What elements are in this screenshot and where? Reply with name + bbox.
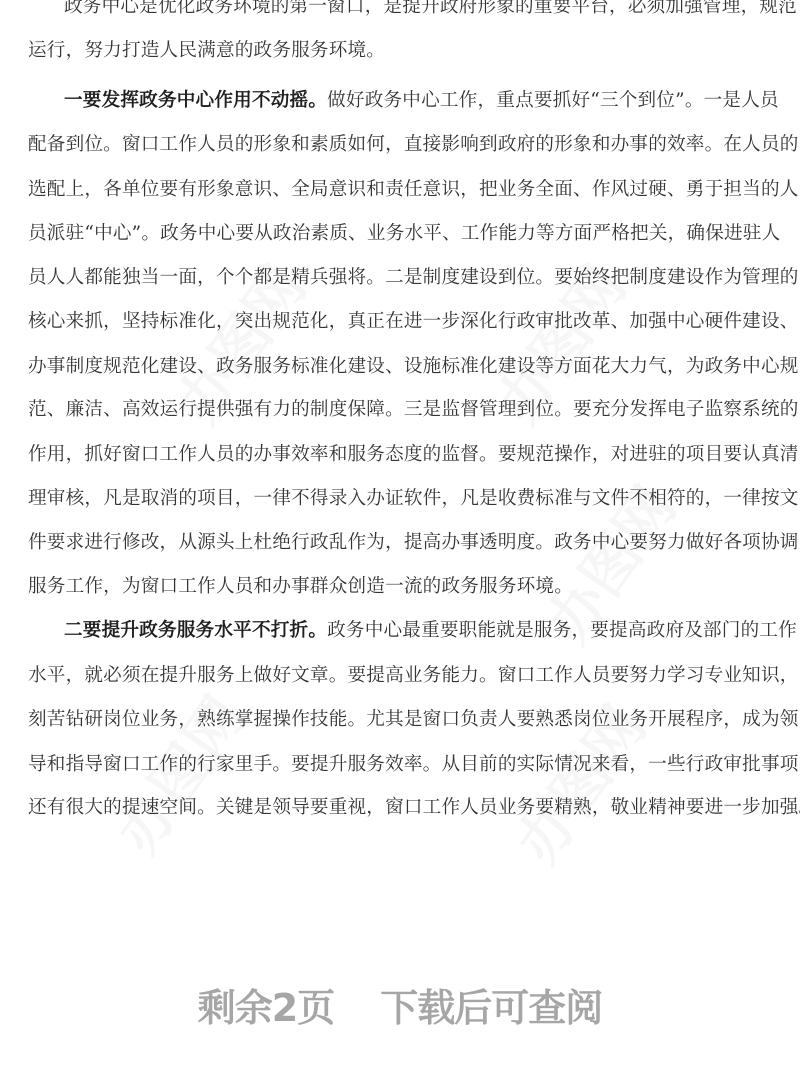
paragraph-line: 范、廉洁、高效运行提供强有力的制度保障。三是监督管理到位。要充分发挥电子监察系统… [28,395,772,425]
paragraph-line: 导和指导窗口工作的行家里手。要提升服务效率。从目前的实际情况来看，一些行政审批事… [28,750,772,780]
paragraph-line: 水平，就必须在提升服务上做好文章。要提高业务能力。窗口工作人员要努力学习专业知识… [28,661,772,691]
download-notice[interactable]: 剩余2页下载后可查阅 [0,983,800,1033]
paragraph-line: 政务中心是优化政务环境的第一窗口，是提升政府形象的重要平台，必须加强管理，规范 [64,0,772,22]
remaining-pages-text: 剩余2页 [198,986,334,1030]
paragraph-line: 员派驻“中心”。政务中心要从政治素质、业务水平、工作能力等方面严格把关，确保进驻… [28,219,772,249]
paragraph-text: 政务中心最重要职能就是服务，要提高政府及部门的工作 [327,620,797,641]
paragraph-heading: 二要提升政务服务水平不打折。 [64,620,327,641]
paragraph-line: 配备到位。窗口工作人员的形象和素质如何，直接影响到政府的形象和办事的效率。在人员… [28,130,772,160]
download-hint-text: 下载后可查阅 [380,986,602,1030]
paragraph-line: 刻苦钻研岗位业务，熟练掌握操作技能。尤其是窗口负责人要熟悉岗位业务开展程序，成为… [28,705,772,735]
paragraph-line: 理审核，凡是取消的项目，一律不得录入办证软件，凡是收费标准与文件不相符的，一律按… [28,484,772,514]
paragraph-first-line: 二要提升政务服务水平不打折。政务中心最重要职能就是服务，要提高政府及部门的工作 [64,616,772,646]
paragraph-heading: 一要发挥政务中心作用不动摇。 [64,90,327,111]
paragraph-line: 选配上，各单位要有形象意识、全局意识和责任意识，把业务全面、作风过硬、勇于担当的… [28,175,772,205]
paragraph-line: 运行，努力打造人民满意的政务服务环境。 [28,36,772,66]
paragraph-line: 服务工作，为窗口工作人员和办事群众创造一流的政务服务环境。 [28,572,772,602]
paragraph-text: 做好政务中心工作，重点要抓好“三个到位”。一是人员 [327,90,779,111]
paragraph-line: 作用，抓好窗口工作人员的办事效率和服务态度的监督。要规范操作，对进驻的项目要认真… [28,440,772,470]
document-page: 办图网 办图网 办图网 办图网 办图网 政务中心是优化政务环境的第一窗口，是提升… [0,0,800,1087]
paragraph-line: 核心来抓，坚持标准化，突出规范化，真正在进一步深化行政审批改革、加强中心硬件建设… [28,307,772,337]
paragraph-line: 办事制度规范化建设、政务服务标准化建设、设施标准化建设等方面花大力气，为政务中心… [28,352,772,382]
paragraph-line: 件要求进行修改，从源头上杜绝行政乱作为，提高办事透明度。政务中心要努力做好各项协… [28,528,772,558]
paragraph-line: 员人人都能独当一面，个个都是精兵强将。二是制度建设到位。要始终把制度建设作为管理… [28,263,772,293]
paragraph-line: 还有很大的提速空间。关键是领导要重视，窗口工作人员业务要精熟，敬业精神要进一步加… [28,793,772,823]
paragraph-first-line: 一要发挥政务中心作用不动摇。做好政务中心工作，重点要抓好“三个到位”。一是人员 [64,86,772,116]
